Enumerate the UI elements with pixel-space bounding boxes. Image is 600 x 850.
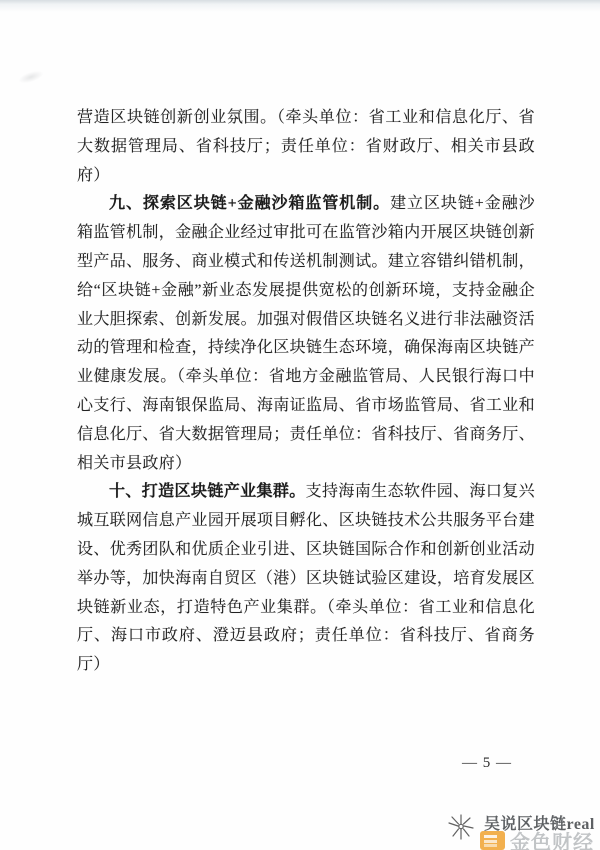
paragraph-continuation-text: 营造区块链创新创业氛围。（牵头单位：省工业和信息化厅、省大数据管理局、省科技厅；… (77, 109, 535, 184)
watermark: 金色财经 吴说区块链real (444, 808, 600, 850)
scan-smudge-artifact (17, 68, 45, 86)
document-page: 营造区块链创新创业氛围。（牵头单位：省工业和信息化厅、省大数据管理局、省科技厅；… (0, 0, 600, 850)
sparkle-burst-icon (446, 812, 476, 842)
document-body: 营造区块链创新创业氛围。（牵头单位：省工业和信息化厅、省大数据管理局、省科技厅；… (77, 104, 535, 680)
scan-edge-artifact (0, 0, 600, 12)
wu-blockchain-label: 吴说区块链real (484, 811, 595, 834)
jinse-finance-label: 金色财经 (510, 826, 594, 850)
section-9-text: 建立区块链+金融沙箱监管机制，金融企业经过审批可在监管沙箱内开展区块链创新型产品… (77, 195, 535, 471)
section-9-heading: 九、探索区块链+金融沙箱监管机制。 (109, 195, 390, 212)
paragraph-continuation: 营造区块链创新创业氛围。（牵头单位：省工业和信息化厅、省大数据管理局、省科技厅；… (77, 104, 535, 190)
page-number: — 5 — (452, 755, 522, 772)
paragraph-section-10: 十、打造区块链产业集群。支持海南生态软件园、海口复兴城互联网信息产业园开展项目孵… (77, 478, 535, 680)
jinse-finance-icon (480, 831, 505, 850)
section-10-heading: 十、打造区块链产业集群。 (109, 483, 306, 500)
section-10-text: 支持海南生态软件园、海口复兴城互联网信息产业园开展项目孵化、区块链技术公共服务平… (77, 483, 535, 673)
jinse-finance-watermark: 金色财经 (480, 826, 594, 850)
paragraph-section-9: 九、探索区块链+金融沙箱监管机制。建立区块链+金融沙箱监管机制，金融企业经过审批… (77, 190, 535, 478)
